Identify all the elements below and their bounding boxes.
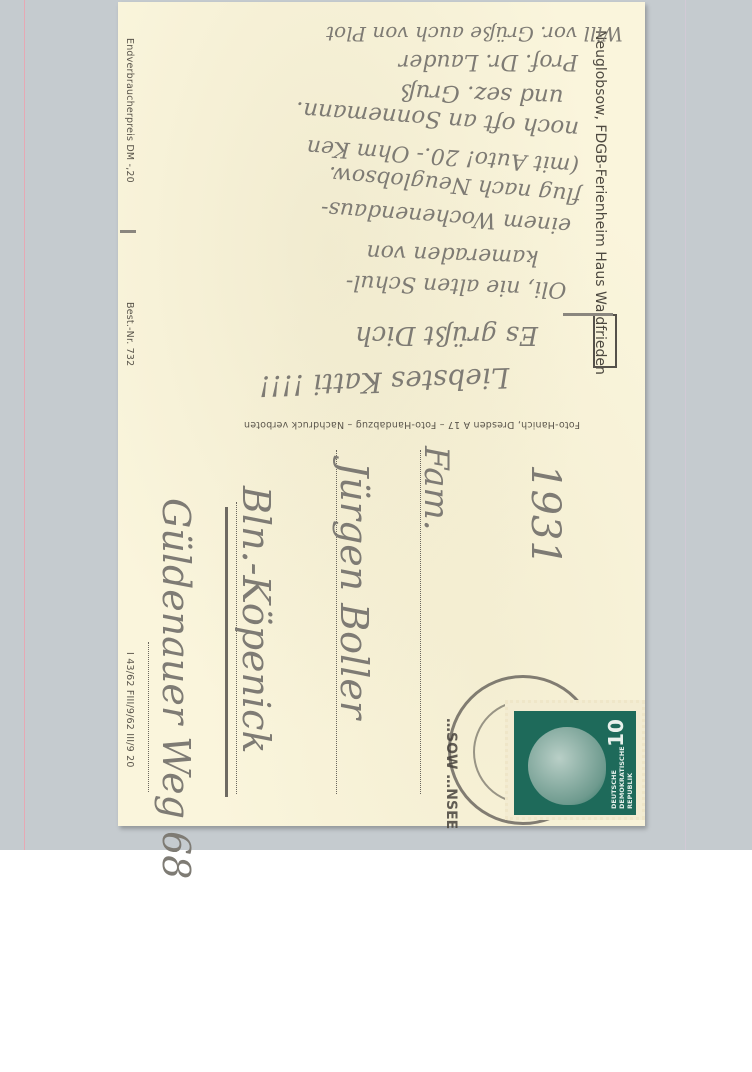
message-line: Will vor. Grüße auch von Plot <box>326 22 623 46</box>
postage-stamp: 10 DEUTSCHE DEMOKRATISCHE REPUBLIK <box>505 700 645 820</box>
underline-stroke <box>225 507 228 797</box>
message-line: Oli, nie alten Schul- <box>345 269 566 302</box>
message-line: Prof. Dr. Lauder <box>399 49 578 74</box>
year-note: 1931 <box>522 464 568 566</box>
address-city: Bln.-Köpenick <box>234 486 278 753</box>
message-line: Liebstes Katti !!!! <box>259 361 510 403</box>
message-line: kameraden von <box>366 239 539 270</box>
message-line: Es grüßt Dich <box>355 320 538 350</box>
address-salutation: Fam. <box>416 446 456 531</box>
address-name: Jürgen Boller <box>332 462 376 719</box>
postmark-text: …SOW …NSEE <box>443 718 459 829</box>
portrait-icon <box>528 727 606 805</box>
printed-publisher: Foto-Hanich, Dresden A 17 – Foto-Handabz… <box>244 419 580 430</box>
pen-stroke <box>563 313 613 316</box>
title-box-mark <box>593 314 617 368</box>
printed-order-number: Best.-Nr. 732 <box>124 302 135 366</box>
scan-artifact-line <box>685 0 686 850</box>
printed-price: Endverbraucherpreis DM -,20 <box>124 38 135 183</box>
scan-artifact-line <box>24 0 25 850</box>
address-street: Güldenauer Weg 68 <box>154 498 198 879</box>
printed-codes: I 43/62 FIII/9/62 III/9 20 <box>124 652 135 768</box>
stamp-country: DEUTSCHE DEMOKRATISCHE REPUBLIK <box>610 711 634 809</box>
stamp-image: 10 DEUTSCHE DEMOKRATISCHE REPUBLIK <box>514 711 636 815</box>
pen-stroke <box>120 230 136 233</box>
address-line <box>148 642 149 792</box>
